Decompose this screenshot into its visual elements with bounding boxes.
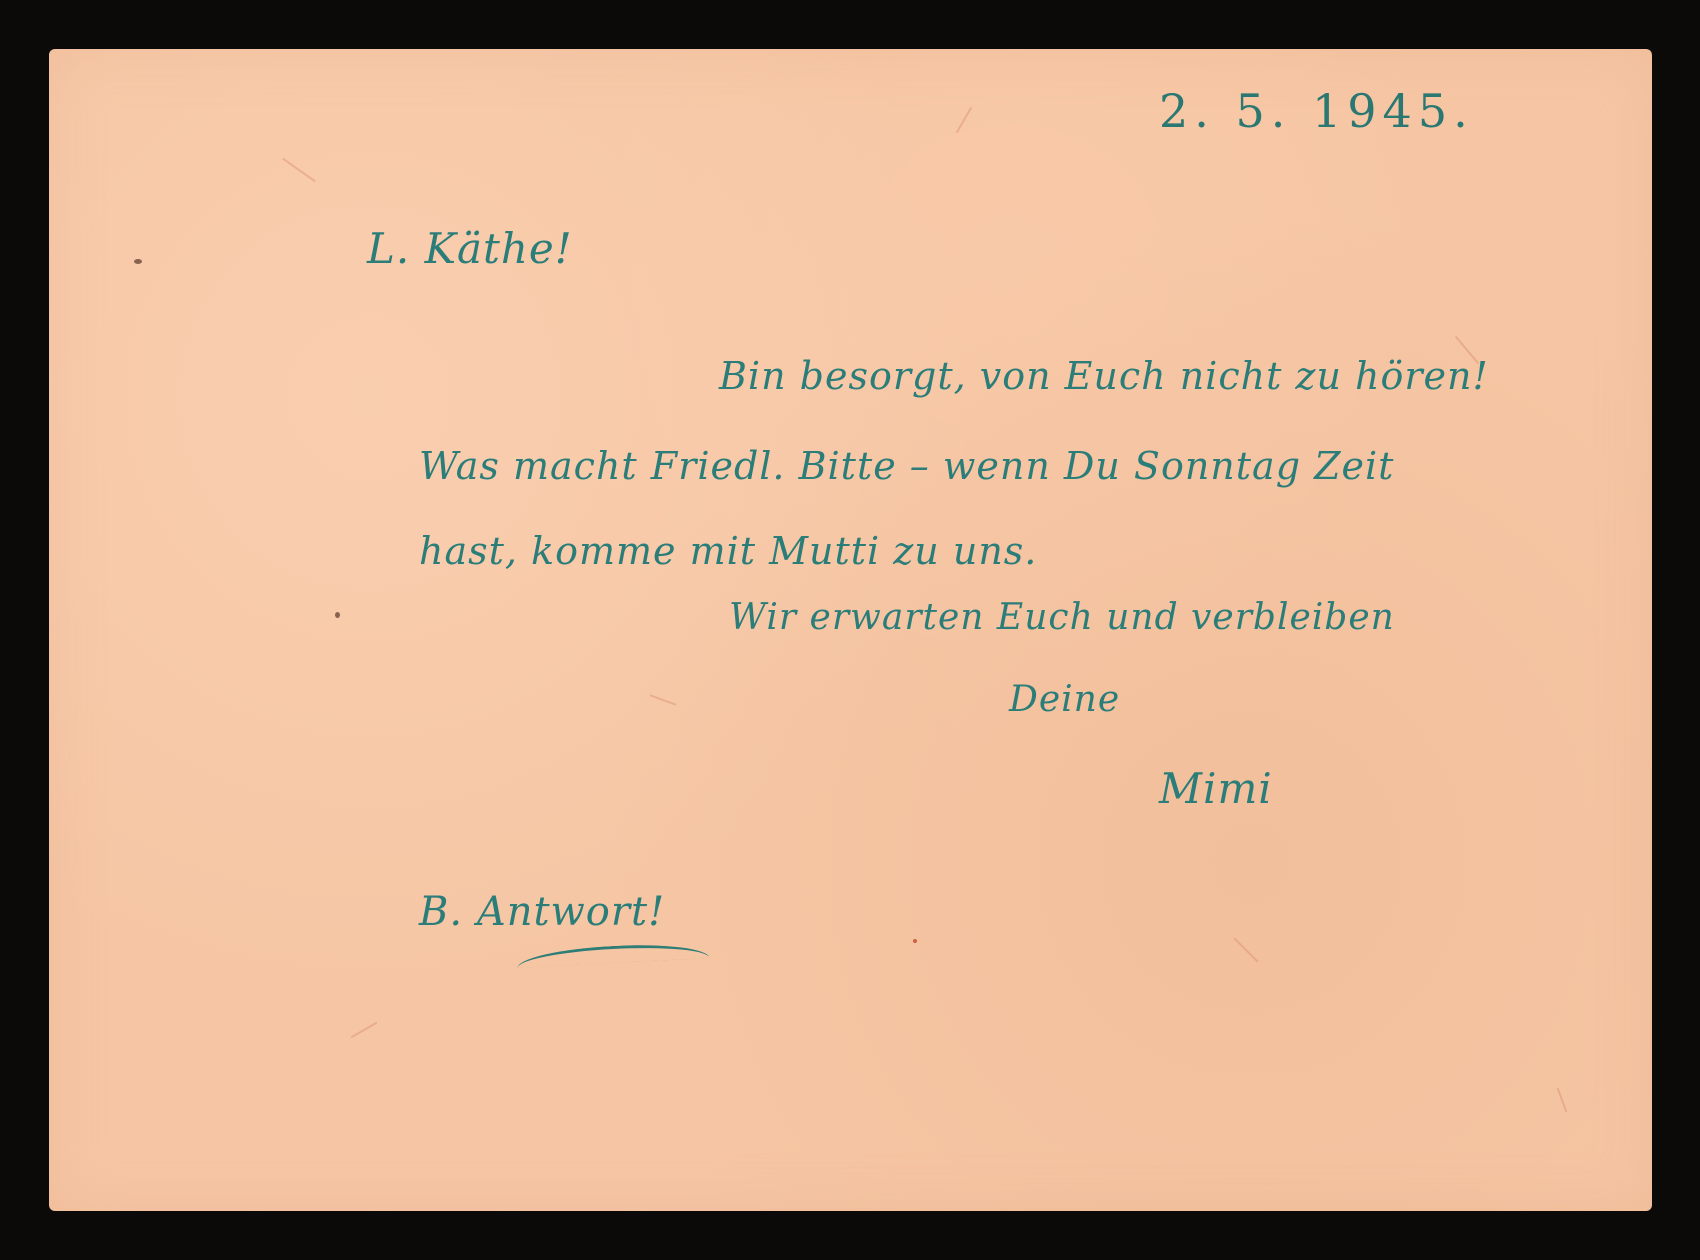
- paper-fiber: [1233, 937, 1258, 962]
- paper-fiber: [650, 694, 677, 705]
- postscript: B. Antwort!: [419, 889, 665, 935]
- letter-date: 2. 5. 1945.: [1159, 84, 1474, 138]
- signature: Mimi: [1159, 764, 1273, 813]
- postscript-underline: [517, 941, 710, 968]
- postcard: 2. 5. 1945. L. Käthe! Bin besorgt, von E…: [49, 49, 1652, 1211]
- body-line-4: Wir erwarten Euch und verbleiben: [729, 597, 1395, 638]
- salutation: L. Käthe!: [367, 224, 573, 273]
- body-line-1: Bin besorgt, von Euch nicht zu hören!: [719, 354, 1489, 398]
- paper-fiber: [351, 1022, 378, 1039]
- paper-speck: [335, 612, 340, 618]
- body-line-3: hast, komme mit Mutti zu uns.: [419, 529, 1037, 573]
- paper-fiber: [282, 158, 316, 183]
- paper-fiber: [956, 107, 973, 134]
- paper-speck: [913, 939, 917, 943]
- closing: Deine: [1009, 679, 1120, 720]
- body-line-2: Was macht Friedl. Bitte – wenn Du Sonnta…: [419, 444, 1394, 488]
- paper-speck: [134, 259, 142, 264]
- paper-fiber: [1557, 1087, 1568, 1112]
